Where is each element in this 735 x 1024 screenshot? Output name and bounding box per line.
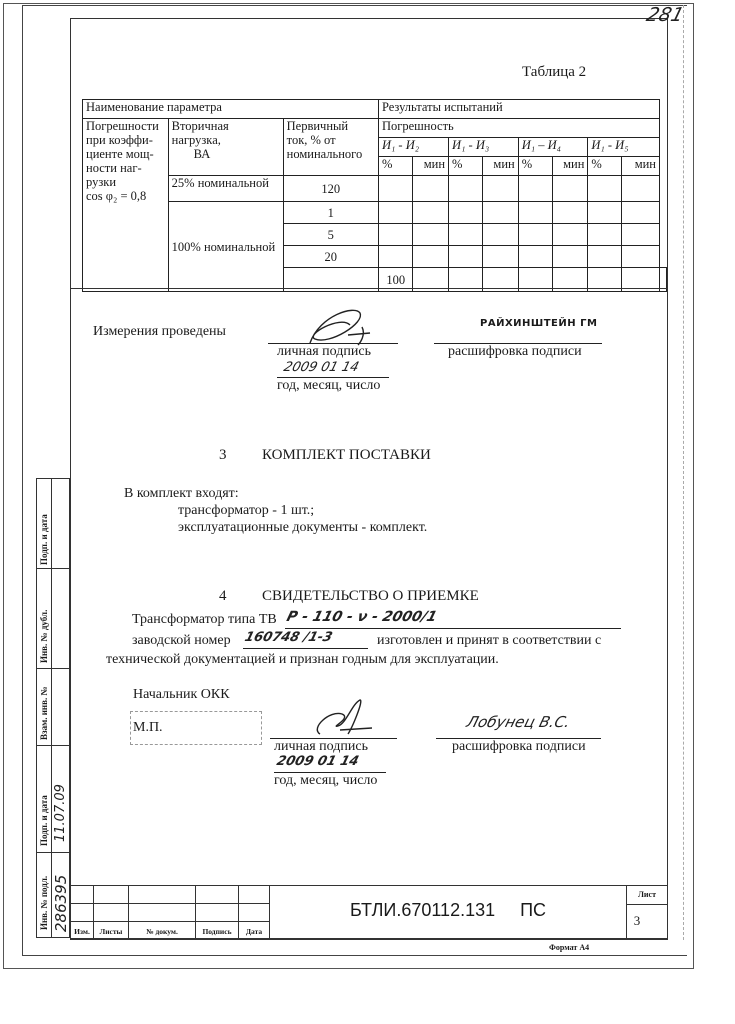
sheet-number: 3 — [627, 913, 647, 929]
section4-title: СВИДЕТЕЛЬСТВО О ПРИЕМКЕ — [262, 588, 479, 605]
test-results-table: Наименование параметра Результаты испыта… — [82, 99, 667, 292]
current-value: 5 — [283, 224, 378, 246]
signature-caption: личная подпись — [277, 344, 371, 360]
chief-date-caption: год, месяц, число — [274, 773, 377, 789]
date-handwritten: 2009 01 14 — [282, 360, 360, 375]
current-value: 120 — [283, 176, 378, 202]
chief-decoded-caption: расшифровка подписи — [452, 739, 586, 755]
type-line — [285, 628, 621, 629]
unit-pct: % — [518, 157, 552, 176]
margin-label-sign-date-2: Подп. и дата — [39, 795, 49, 846]
unit-min: мин — [552, 157, 588, 176]
margin-label-sign-date: Подп. и дата — [39, 514, 49, 565]
load-100: 100% номинальной — [168, 202, 283, 292]
margin-sign-date-handwritten: 11.07.09 — [53, 784, 68, 842]
date-caption: год, месяц, число — [277, 378, 380, 394]
table-caption: Таблица 2 — [522, 64, 586, 81]
margin-inventory-handwritten: 286395 — [52, 875, 70, 932]
acceptance-text: технической документацией и признан годн… — [106, 652, 499, 668]
current-value: 1 — [283, 202, 378, 224]
chief-signature-icon — [300, 698, 380, 740]
col-secondary-load: Вторичная нагрузка, ВА — [168, 119, 283, 176]
section3-item: эксплуатационные документы - комплект. — [178, 520, 427, 536]
page-left-line — [22, 5, 23, 955]
unit-pct: % — [588, 157, 622, 176]
handwritten-sheet-number: 281 — [644, 4, 686, 26]
pair-label-1-2: И₁ - И₂ — [378, 138, 448, 157]
load-25: 25% номинальной — [168, 176, 283, 202]
table-bottom-rule — [70, 288, 668, 289]
margin-value-column — [51, 478, 70, 938]
unit-min: мин — [483, 157, 519, 176]
page-top-line — [22, 5, 687, 6]
chief-signature-caption: личная подпись — [274, 739, 368, 755]
type-handwritten: Р - 110 - ν - 2000/1 — [285, 609, 439, 625]
signature-icon — [300, 305, 380, 347]
chief-date-handwritten: 2009 01 14 — [275, 754, 360, 769]
unit-pct: % — [449, 157, 483, 176]
current-value: 20 — [283, 246, 378, 268]
document-code: БТЛИ.670112.131 ПС — [350, 900, 546, 921]
col-primary-current: Первичный ток, % от номинального — [283, 119, 378, 176]
unit-min: мин — [413, 157, 449, 176]
header-results: Результаты испытаний — [378, 100, 659, 119]
unit-pct: % — [378, 157, 413, 176]
margin-label-orig-inv: Инв. № подл. — [39, 876, 49, 930]
param-description: Погрешности при коэффи- циенте мощ- ност… — [83, 119, 169, 292]
title-block-top — [70, 885, 668, 886]
section3-title: КОМПЛЕКТ ПОСТАВКИ — [262, 447, 431, 464]
dashed-edge-line — [683, 5, 684, 940]
error-label: Погрешность — [378, 119, 659, 138]
margin-label-replace-inv: Взам. инв. № — [39, 686, 49, 740]
pair-label-1-3: И₁ - И₃ — [449, 138, 519, 157]
decoded-name: РАЙХИНШТЕЙН ГМ — [480, 318, 597, 329]
measurements-label: Измерения проведены — [93, 324, 226, 340]
tb-col-docnum: № докум. — [129, 927, 195, 936]
serial-line — [243, 648, 368, 649]
unit-min: мин — [622, 157, 660, 176]
chief-decoded-handwritten: Лобунец В.С. — [465, 713, 573, 731]
pair-label-1-4: И₁ – И₄ — [518, 138, 588, 157]
tb-col-sheets: Листы — [94, 927, 128, 936]
sheet-label: Лист — [627, 890, 667, 899]
serial-prefix: заводской номер — [132, 633, 231, 649]
serial-handwritten: 160748 /1-3 — [243, 630, 334, 645]
section3-item: трансформатор - 1 шт.; — [178, 503, 314, 519]
decoded-caption: расшифровка подписи — [448, 344, 582, 360]
section4-number: 4 — [219, 588, 227, 605]
serial-suffix: изготовлен и принят в соответствии с — [377, 633, 601, 649]
header-param: Наименование параметра — [83, 100, 379, 119]
paper-format: Формат А4 — [549, 943, 589, 952]
pair-label-1-5: И₁ - И₅ — [588, 138, 660, 157]
tb-col-change: Изм. — [72, 927, 92, 936]
type-prefix: Трансформатор типа ТВ — [132, 612, 277, 628]
section3-intro: В комплект входят: — [124, 486, 239, 502]
margin-label-dup-inv: Инв. № дубл. — [39, 610, 49, 663]
tb-col-signature: Подпись — [196, 927, 238, 936]
tb-col-date: Дата — [239, 927, 269, 936]
format-line — [22, 955, 687, 956]
stamp-label: М.П. — [133, 720, 163, 736]
section3-number: 3 — [219, 447, 227, 464]
drawing-frame-right — [667, 18, 668, 940]
chief-label: Начальник ОКК — [133, 687, 230, 703]
